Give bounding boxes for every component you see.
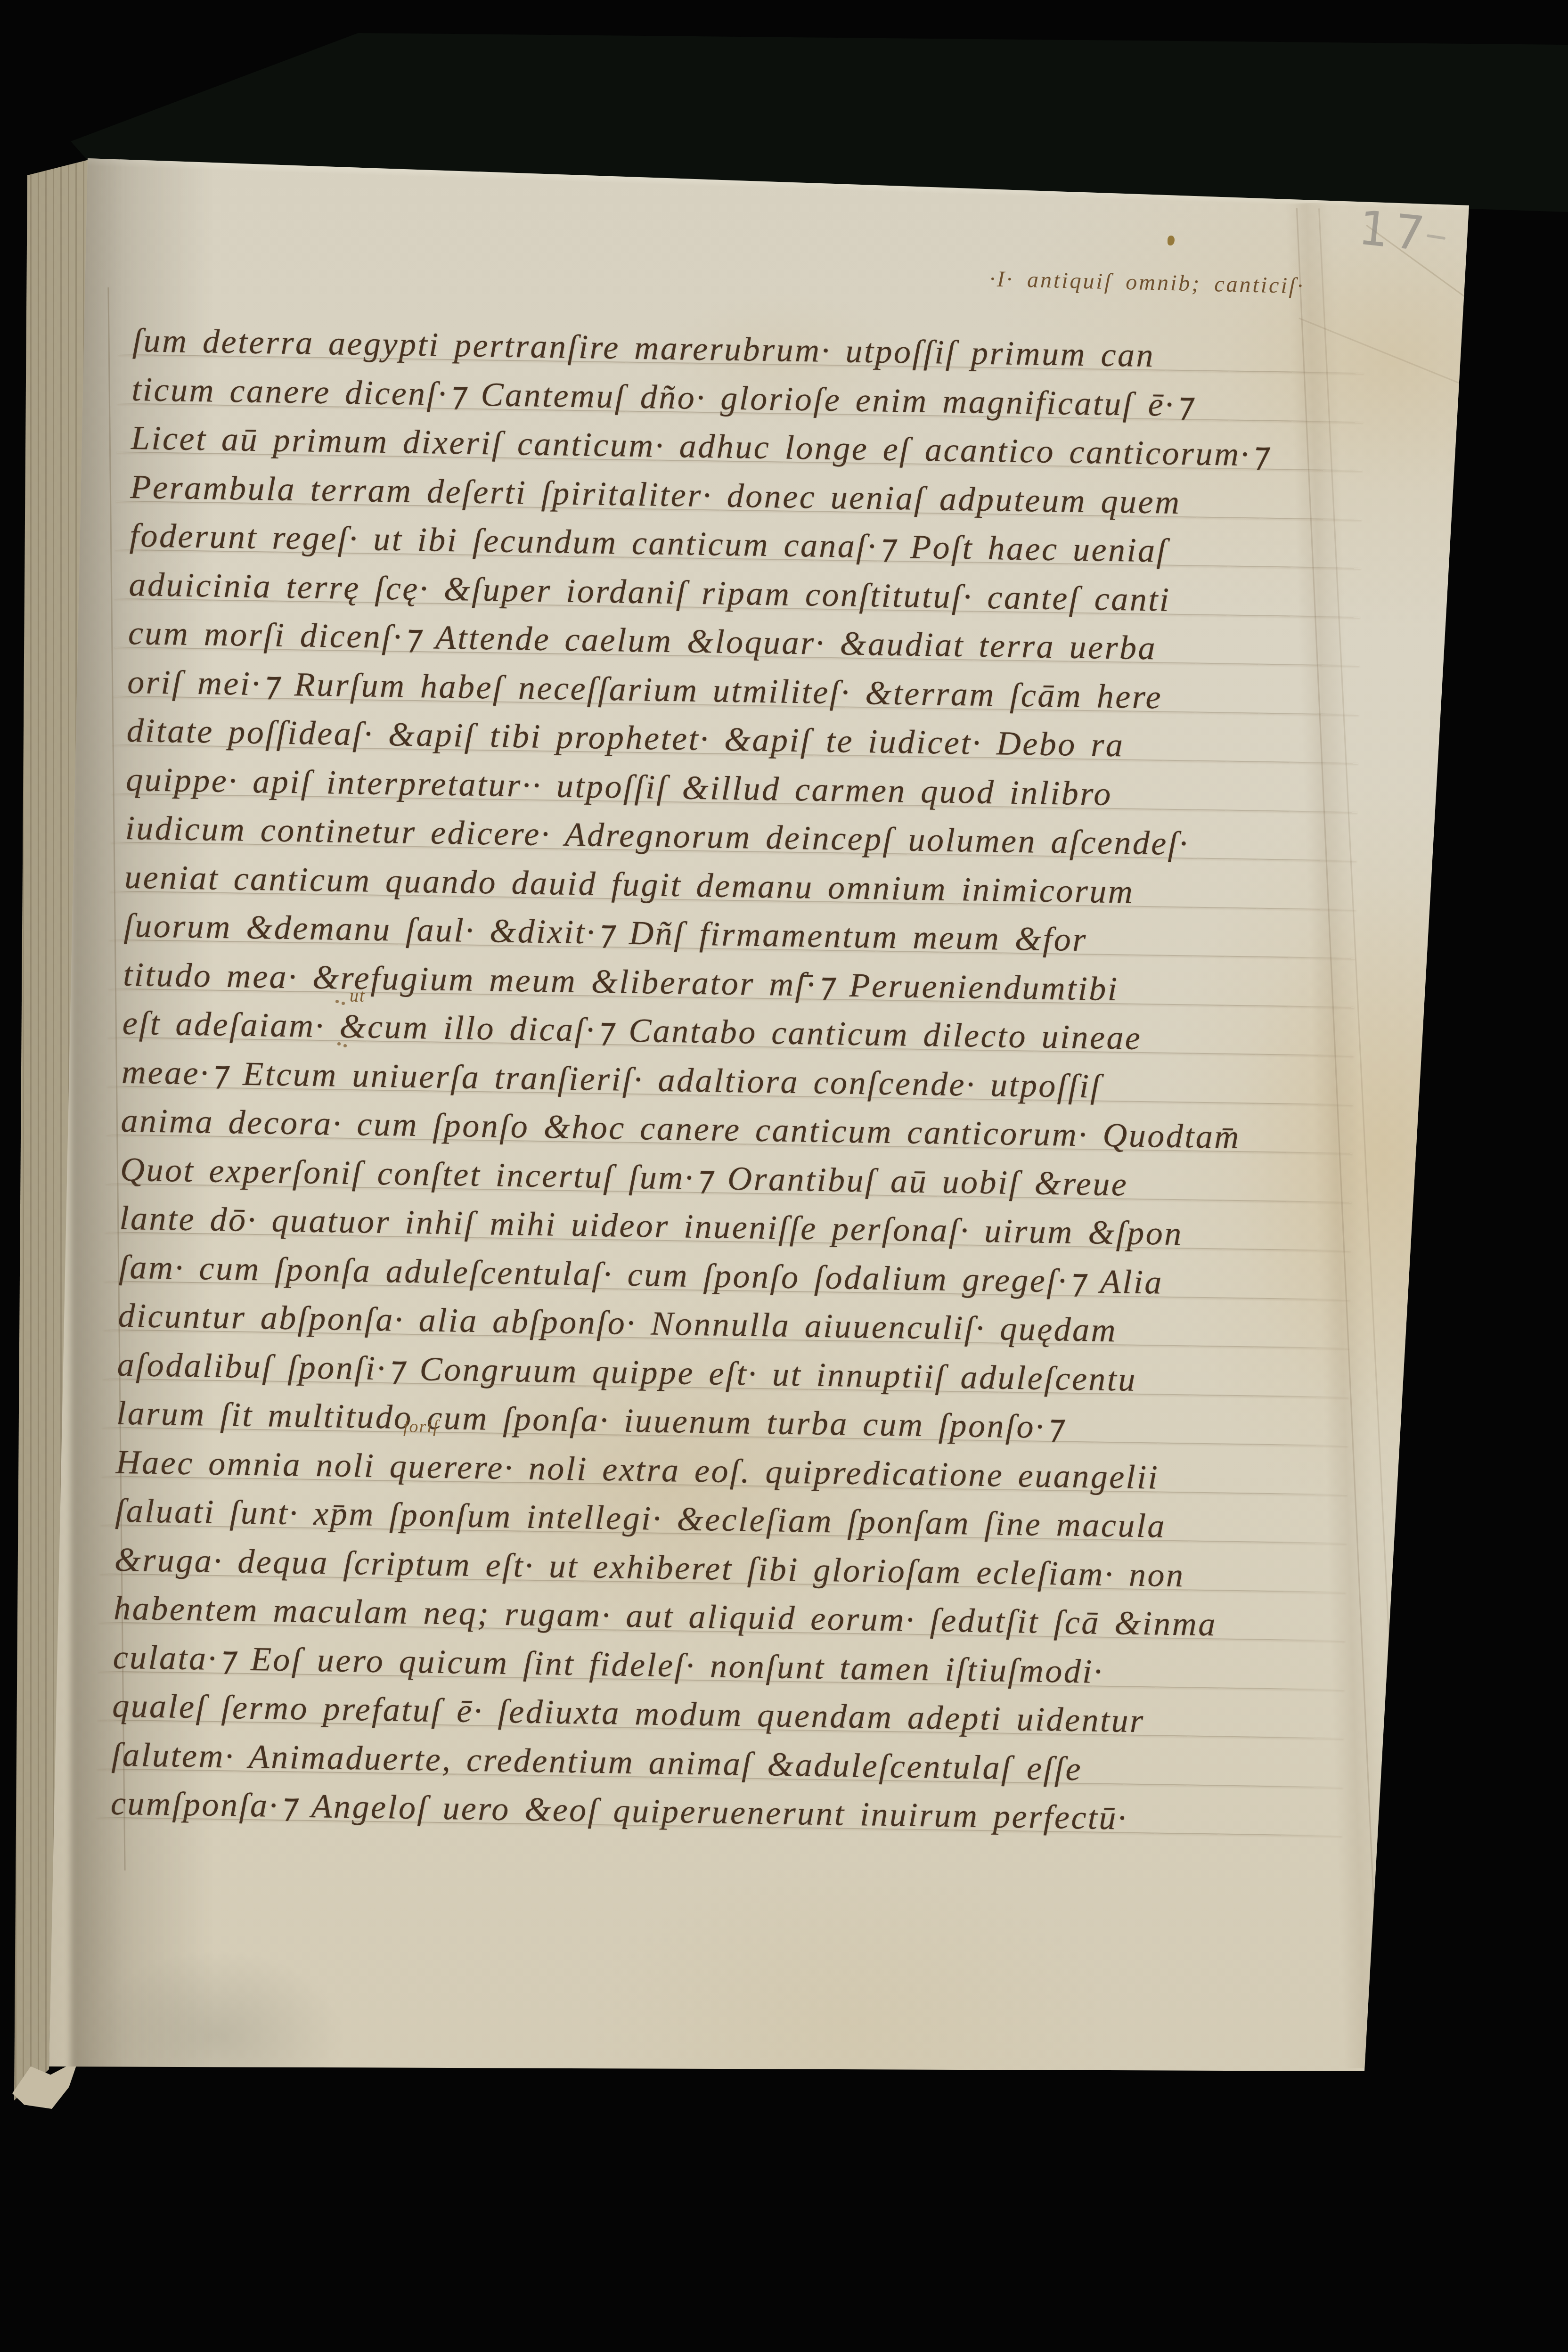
folio-number-pencil: 17: [1356, 200, 1433, 262]
ink-blot: [1168, 236, 1175, 245]
insertion-dots: [337, 1042, 341, 1045]
manuscript-photo: 17 ·I· antiquiſ omnib; canticiſ· ſum det…: [0, 0, 1568, 2352]
insertion-dots: [335, 1000, 339, 1003]
text-block: ſum deterra aegypti pertranſire marerubr…: [109, 316, 1377, 1936]
header-annotation: ·I· antiquiſ omnib; canticiſ·: [989, 266, 1305, 299]
parchment-page: 17 ·I· antiquiſ omnib; canticiſ· ſum det…: [0, 0, 1568, 2352]
interlinear-note-foris: foriſ: [403, 1416, 439, 1437]
interlinear-note-ut: ut: [350, 986, 366, 1006]
